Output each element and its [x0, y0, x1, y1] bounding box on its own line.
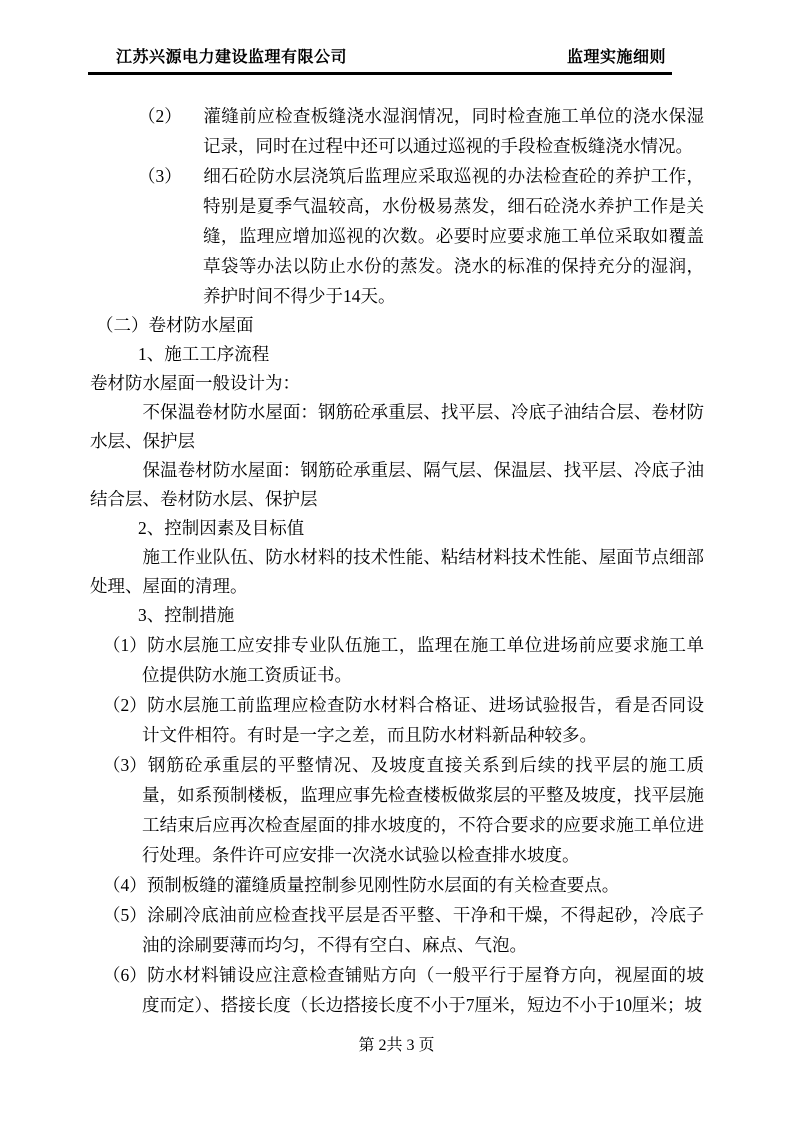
list-item: （2）防水层施工前监理应检查防水材料合格证、进场试验报告，看是否同设计文件相符。…: [90, 690, 704, 750]
document-body: （2）灌缝前应检查板缝浇水湿润情况，同时检查施工单位的浇水保湿记录，同时在过程中…: [90, 101, 704, 1020]
list-item-text: 灌缝前应检查板缝浇水湿润情况，同时检查施工单位的浇水保湿记录，同时在过程中还可以…: [203, 106, 704, 156]
list-item: （4）预制板缝的灌缝质量控制参见刚性防水层面的有关检查要点。: [90, 870, 704, 900]
paragraph-intro: 卷材防水屋面一般设计为：: [90, 369, 704, 398]
page-number: 第 2共 3 页: [358, 1037, 434, 1054]
subsection-heading-1: 1、施工工序流程: [90, 340, 704, 369]
list-item-text: 防水层施工前监理应检查防水材料合格证、进场试验报告，看是否同设计文件相符。有时是…: [142, 695, 704, 745]
paragraph-insulated: 保温卷材防水屋面：钢筋砼承重层、隔气层、保温层、找平层、冷底子油结合层、卷材防水…: [90, 456, 704, 514]
list-item-number: （4）: [103, 870, 147, 900]
subsection-heading-2: 2、控制因素及目标值: [90, 514, 704, 543]
list-item-number: （2）: [138, 101, 203, 131]
list-item-text: 防水材料铺设应注意检查铺贴方向（一般平行于屋脊方向，视屋面的坡度而定）、搭接长度…: [142, 965, 704, 1015]
list-item: （3）细石砼防水层浇筑后监理应采取巡视的办法检查砼的养护工作，特别是夏季气温较高…: [90, 161, 704, 311]
list-item-number: （1）: [103, 630, 147, 660]
list-item-text: 预制板缝的灌缝质量控制参见刚性防水层面的有关检查要点。: [147, 875, 620, 895]
list-item-number: （3）: [103, 750, 147, 780]
company-name: 江苏兴源电力建设监理有限公司: [88, 44, 347, 67]
sub-item-list: （2）灌缝前应检查板缝浇水湿润情况，同时检查施工单位的浇水保湿记录，同时在过程中…: [90, 101, 704, 311]
list-item: （5）涂刷冷底油前应检查找平层是否平整、干净和干燥，不得起砂，冷底子油的涂刷要薄…: [90, 900, 704, 960]
list-item-number: （2）: [103, 690, 147, 720]
list-item: （2）灌缝前应检查板缝浇水湿润情况，同时检查施工单位的浇水保湿记录，同时在过程中…: [90, 101, 704, 161]
paragraph-control-factors: 施工作业队伍、防水材料的技术性能、粘结材料技术性能、屋面节点细部处理、屋面的清理…: [90, 543, 704, 601]
list-item-text: 钢筋砼承重层的平整情况、及坡度直接关系到后续的找平层的施工质量，如系预制楼板，监…: [142, 755, 704, 865]
control-measures-list: （1）防水层施工应安排专业队伍施工，监理在施工单位进场前应要求施工单位提供防水施…: [90, 630, 704, 1020]
section-roll-waterproof-roof: （二）卷材防水屋面 1、施工工序流程 卷材防水屋面一般设计为： 不保温卷材防水屋…: [90, 311, 704, 630]
list-item: （1）防水层施工应安排专业队伍施工，监理在施工单位进场前应要求施工单位提供防水施…: [90, 630, 704, 690]
page-header: 江苏兴源电力建设监理有限公司 监理实施细则: [88, 44, 672, 75]
list-item-number: （3）: [138, 161, 203, 191]
list-item-text: 防水层施工应安排专业队伍施工，监理在施工单位进场前应要求施工单位提供防水施工资质…: [142, 635, 704, 685]
list-item: （6）防水材料铺设应注意检查铺贴方向（一般平行于屋脊方向，视屋面的坡度而定）、搭…: [90, 960, 704, 1020]
paragraph-uninsulated: 不保温卷材防水屋面：钢筋砼承重层、找平层、冷底子油结合层、卷材防水层、保护层: [90, 398, 704, 456]
list-item-text: 涂刷冷底油前应检查找平层是否平整、干净和干燥，不得起砂，冷底子油的涂刷要薄而均匀…: [142, 905, 704, 955]
list-item-text: 细石砼防水层浇筑后监理应采取巡视的办法检查砼的养护工作，特别是夏季气温较高，水份…: [203, 166, 704, 306]
document-page: 江苏兴源电力建设监理有限公司 监理实施细则 （2）灌缝前应检查板缝浇水湿润情况，…: [0, 0, 793, 1122]
page-footer: 第 2共 3 页: [0, 1034, 793, 1058]
section-heading: （二）卷材防水屋面: [90, 311, 704, 340]
list-item-number: （5）: [103, 900, 147, 930]
list-item-number: （6）: [103, 960, 147, 990]
subsection-heading-3: 3、控制措施: [90, 601, 704, 630]
document-title: 监理实施细则: [567, 44, 672, 67]
list-item: （3）钢筋砼承重层的平整情况、及坡度直接关系到后续的找平层的施工质量，如系预制楼…: [90, 750, 704, 870]
